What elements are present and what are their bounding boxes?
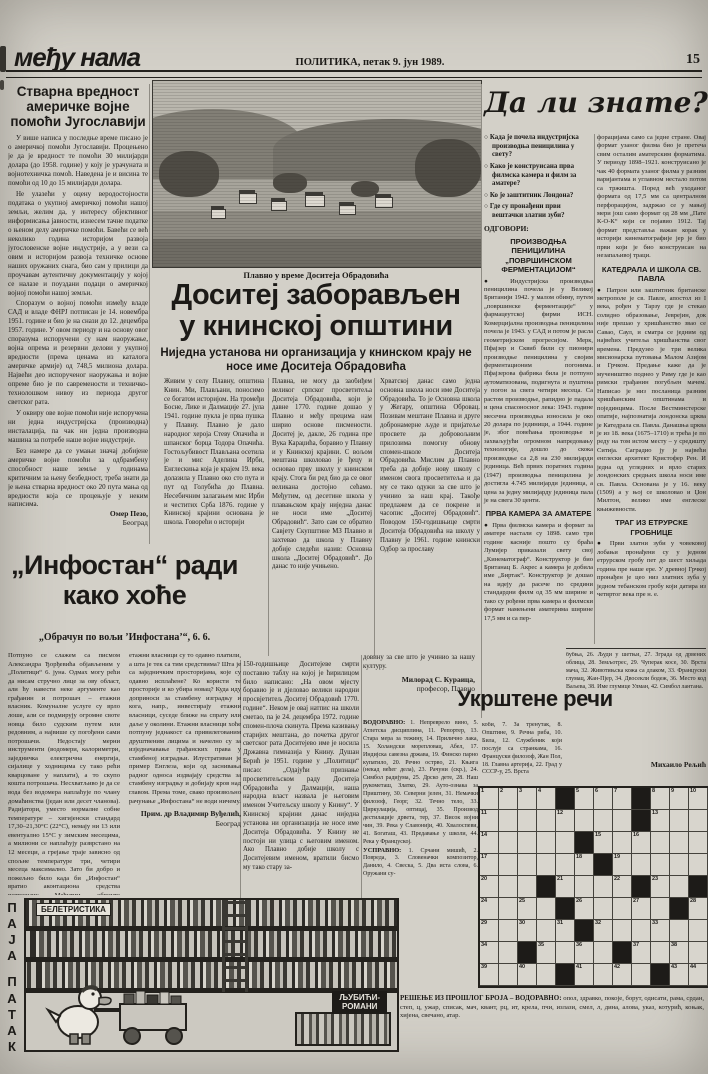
crossword-cell[interactable]: 15 <box>594 832 613 854</box>
crossword-cell-number: 6 <box>595 788 598 794</box>
crossword-cell[interactable]: 9 <box>670 788 689 810</box>
crossword-cell[interactable]: 8 <box>651 788 670 810</box>
crossword-cell[interactable]: 41 <box>575 964 594 986</box>
crossword-cell-number: 20 <box>481 876 487 882</box>
comic-title-word1: ПАЈА <box>4 900 20 964</box>
main-subtitle: Ниједна установа ни организација у книнс… <box>150 347 482 375</box>
crossword-cell[interactable] <box>499 810 518 832</box>
crossword-cell[interactable]: 7 <box>613 788 632 810</box>
crossword-cell[interactable] <box>689 920 708 942</box>
signature-city: Београд <box>216 819 241 828</box>
crossword-cell[interactable] <box>651 898 670 920</box>
column-rule <box>268 378 269 656</box>
sign-line2: РОМАНИ <box>342 1002 377 1011</box>
crossword-cell[interactable] <box>670 832 689 854</box>
crossword-cell[interactable]: 35 <box>537 942 556 964</box>
romance-novels-sign: ЉУБИЋИ- РОМАНИ <box>332 991 387 1014</box>
crossword-cell-number: 9 <box>671 788 674 794</box>
article-column-4: 150-годишњице Доситејеве смрти поставио … <box>243 661 359 901</box>
crossword-cell[interactable] <box>556 832 575 854</box>
crossword-cell[interactable] <box>613 920 632 942</box>
crossword-cell-number: 8 <box>652 788 655 794</box>
crossword-solution: РЕШЕЊЕ ИЗ ПРОШЛОГ БРОЈА – ВОДОРАВНО: опо… <box>400 994 704 1021</box>
crossword-black-cell <box>651 964 670 986</box>
crossword-black-cell <box>689 876 708 898</box>
scan-smudge <box>0 46 6 72</box>
main-headline: Доситеј заборављен у книнској општини <box>150 280 482 342</box>
crossword-cell-number: 15 <box>595 832 601 838</box>
crossword-black-cell <box>518 942 537 964</box>
paragraph: У више написа у последње време писано је… <box>8 134 148 188</box>
crossword-cell[interactable] <box>689 832 708 854</box>
crossword-cell-number: 10 <box>690 788 696 794</box>
crossword-cell[interactable] <box>594 810 613 832</box>
crossword-cell-number: 44 <box>690 964 696 970</box>
crossword-cell-number: 4 <box>538 788 541 794</box>
across-label: ВОДОРАВНО: <box>363 719 405 726</box>
paragraph: У оквиру ове војне помоћи није испоручен… <box>8 409 148 445</box>
crossword-cell-number: 27 <box>633 898 639 904</box>
crossword-cell[interactable] <box>689 854 708 876</box>
solution-label: РЕШЕЊЕ ИЗ ПРОШЛОГ БРОЈА – ВОДОРАВНО: <box>400 994 562 1002</box>
engraving-trees <box>351 181 379 197</box>
paragraph: Не улазећи у оцену веродостојности подат… <box>8 190 148 297</box>
column-rule <box>481 84 482 718</box>
crossword-cell[interactable] <box>670 876 689 898</box>
crossword-cell-number: 39 <box>481 964 487 970</box>
plavno-engraving-image <box>152 80 482 268</box>
crossword-cell[interactable] <box>651 942 670 964</box>
infostan-subtitle: „Обрачун по вољи ’Инфостана’“, 6. 6. <box>8 632 241 643</box>
engraving-trees <box>159 151 219 197</box>
signature-name: Омер Пезо, <box>110 509 148 518</box>
crossword-cell[interactable]: 32 <box>594 920 613 942</box>
crossword-cell-number: 24 <box>481 898 487 904</box>
engraving-hill <box>273 119 482 181</box>
crossword-cell[interactable]: 1 <box>480 788 499 810</box>
crossword-cell-number: 17 <box>481 854 487 860</box>
crossword-cell-number: 13 <box>652 810 658 816</box>
crossword-black-cell <box>575 920 594 942</box>
crossword-cell-number: 23 <box>652 876 658 882</box>
crossword-cell-number: 3 <box>519 788 522 794</box>
crossword-cell-number: 36 <box>576 942 582 948</box>
crossword-cell-number: 22 <box>614 876 620 882</box>
crossword-cell-number: 7 <box>614 788 617 794</box>
crossword-cell[interactable]: 31 <box>556 920 575 942</box>
paragraph: Споразум о војној помоћи између владе СА… <box>8 299 148 406</box>
crossword-cell-number: 29 <box>481 920 487 926</box>
crossword-cell-number: 34 <box>481 942 487 948</box>
crossword-black-cell <box>632 788 651 810</box>
column-rule <box>594 134 595 644</box>
crossword-cell-number: 5 <box>576 788 579 794</box>
question-item: Када је почела индустријска производња п… <box>484 134 593 160</box>
crossword-black-cell <box>556 964 575 986</box>
etruscan-body: ● Први златни зуби у човековој лобањи пр… <box>597 540 706 599</box>
crossword-grid[interactable]: 1234567891011121314151617181920212223242… <box>478 786 708 988</box>
crossword-cell[interactable] <box>518 876 537 898</box>
crossword-cell[interactable]: 43 <box>670 964 689 986</box>
signature-city: Београд <box>123 518 148 527</box>
crossword-cell[interactable]: 25 <box>518 898 537 920</box>
cathedral-body: ● Патрон или заштитник британске метропо… <box>597 287 706 515</box>
question-item: Како је конструисана прва филмска камера… <box>484 163 593 189</box>
crossword-cell-number: 43 <box>671 964 677 970</box>
column-rule <box>374 378 375 656</box>
crossword-cell[interactable]: 5 <box>575 788 594 810</box>
crossword-black-cell <box>632 876 651 898</box>
section-rule <box>566 648 706 649</box>
penicillin-body: ● Индустријска производња пеницилина поч… <box>484 278 593 506</box>
infostan-headline: „Инфостан“ ради како хоће <box>8 550 241 610</box>
crossword-cell[interactable] <box>537 920 556 942</box>
crossword-cell[interactable] <box>537 854 556 876</box>
crossword-cell[interactable]: 26 <box>575 898 594 920</box>
crossword-black-cell <box>537 876 556 898</box>
crossword-cell-number: 12 <box>557 810 563 816</box>
section-title: међу нама <box>14 42 140 73</box>
crossword-cell-number: 35 <box>538 942 544 948</box>
crossword-cell[interactable] <box>518 854 537 876</box>
crossword-cell[interactable] <box>537 832 556 854</box>
newspaper-page: међу нама ПОЛИТИКА, петак 9. јун 1989. 1… <box>0 0 708 1074</box>
crossword-cell[interactable]: 21 <box>556 876 575 898</box>
comic-vertical-title: ПАЈА ПАТАК <box>4 900 20 1055</box>
crossword-cell[interactable] <box>651 854 670 876</box>
crossword-cell[interactable]: 22 <box>613 876 632 898</box>
crossword-cell-number: 38 <box>671 942 677 948</box>
crossword-black-cell <box>575 832 594 854</box>
crossword-cell[interactable]: 24 <box>480 898 499 920</box>
article-us-aid: Стварна вредност америчке војне помоћи Ј… <box>8 84 148 527</box>
crossword-cell-number: 1 <box>481 788 484 794</box>
crossword-cell-number: 16 <box>633 832 639 838</box>
donald-duck-figure <box>32 976 202 1048</box>
crossword-black-cell <box>670 898 689 920</box>
crossword-cell[interactable]: 36 <box>575 942 594 964</box>
paragraph: Без намере да се умањи значај добијене а… <box>8 447 148 507</box>
crossword-cell[interactable] <box>632 854 651 876</box>
crossword-cell[interactable] <box>670 854 689 876</box>
masthead-rule <box>6 70 702 78</box>
belletristic-sign: БЕЛЕТРИСТИКА <box>36 903 111 916</box>
crossword-cell[interactable] <box>613 898 632 920</box>
question-item: Ко је заштитник Лондона? <box>484 192 593 201</box>
crossword-cell-number: 19 <box>614 854 620 860</box>
signature-name: Милорад С. Кураица, <box>402 675 475 684</box>
engraving-hill <box>152 109 303 179</box>
crossword-cell[interactable] <box>556 854 575 876</box>
ladder <box>222 900 248 992</box>
crossword-cell-number: 30 <box>519 920 525 926</box>
crossword-cell[interactable]: 14 <box>480 832 499 854</box>
scan-smudge <box>0 80 4 90</box>
article-column-1: Живим у селу Плавну, општина Книн. Ми, П… <box>164 378 264 656</box>
crossword-cell-number: 40 <box>519 964 525 970</box>
engraving-trees <box>415 139 481 197</box>
crossword-cell[interactable] <box>594 964 613 986</box>
crossword-black-cell <box>632 810 651 832</box>
crossword-cell-number: 18 <box>576 854 582 860</box>
headline-line2: у книнској општини <box>179 310 452 342</box>
crossword-cell[interactable]: 11 <box>480 810 499 832</box>
crossword-cell[interactable] <box>537 898 556 920</box>
crossword-cell[interactable]: 6 <box>594 788 613 810</box>
crossword-cell[interactable]: 37 <box>632 942 651 964</box>
crossword-cell[interactable] <box>689 942 708 964</box>
comic-title-word2: ПАТАК <box>4 974 20 1055</box>
crossword-author: Михаило Рељић <box>566 760 706 769</box>
crossword-cell-number: 11 <box>481 810 487 816</box>
crossword-cell[interactable]: 16 <box>632 832 651 854</box>
crossword-cell[interactable] <box>537 964 556 986</box>
engraving-house <box>305 195 325 207</box>
column-rule <box>361 655 362 903</box>
engraving-house <box>239 193 257 204</box>
crossword-cell[interactable]: 29 <box>480 920 499 942</box>
crossword-cell-number: 2 <box>500 788 503 794</box>
article-column-5-text: довину за све што је учинио за нашу култ… <box>363 654 475 672</box>
crossword-cell[interactable] <box>499 920 518 942</box>
crossword-cell[interactable]: 44 <box>689 964 708 986</box>
crossword-cell[interactable] <box>499 876 518 898</box>
article-column-2: Плавна, не могу да заобиђем великог српс… <box>272 378 372 656</box>
crossword-cell-number: 21 <box>557 876 563 882</box>
engraving-house <box>375 197 393 208</box>
engraving-foreground <box>153 239 481 267</box>
crossword-clues-across: ВОДОРАВНО: 1. Непреврело вино, 5. Атлетс… <box>363 719 478 903</box>
crossword-cell[interactable] <box>575 876 594 898</box>
crossword-cell[interactable]: 40 <box>518 964 537 986</box>
infostan-column-2-text: етажни власници су то одавно платили, а … <box>129 652 241 805</box>
cathedral-heading: КАТЕДРАЛА И ШКОЛА СВ. ПАВЛА <box>597 265 706 284</box>
crossword-cell[interactable]: 38 <box>670 942 689 964</box>
crossword-cell-number: 26 <box>576 898 582 904</box>
engraving-trees <box>273 173 307 193</box>
crossword-cell[interactable] <box>689 810 708 832</box>
article-us-aid-body: У више написа у последње време писано је… <box>8 134 148 506</box>
crossword-clues-down-end: бубња, 26. Људи у шетњи, 27. Зграда од д… <box>566 652 706 757</box>
article-column-3: Хрватској данас само једна основна школа… <box>380 378 480 656</box>
crossword-cell[interactable] <box>499 898 518 920</box>
issue-line: ПОЛИТИКА, петак 9. јун 1989. <box>250 57 490 68</box>
signature-name: Прим. др Владимир Вуђелић, <box>141 809 241 818</box>
page-number: 15 <box>686 52 700 68</box>
crossword-cell[interactable] <box>499 964 518 986</box>
engraving-house <box>271 201 287 211</box>
camera-heading: ПРВА КАМЕРА ЗА АМАТЕРЕ <box>484 509 593 518</box>
bookshelf-row <box>26 931 397 957</box>
article-us-aid-title: Стварна вредност америчке војне помоћи Ј… <box>8 84 148 129</box>
crossword-cell-number: 25 <box>519 898 525 904</box>
crossword-cell[interactable]: 28 <box>689 898 708 920</box>
etruscan-heading: ТРАГ ИЗ ЕТРУРСКЕ ГРОБНИЦЕ <box>597 518 706 537</box>
penicillin-heading: ПРОИЗВОДЊА ПЕНИЦИЛИНА „ПОВРШИНСКОМ ФЕРМЕ… <box>484 237 593 275</box>
crossword-cell-number: 28 <box>690 898 696 904</box>
crossword-cell-number: 32 <box>595 920 601 926</box>
crossword-cell[interactable]: 18 <box>575 854 594 876</box>
crossword-clues-down-continued: коби, 7. За тренутак, 8. Општине, 9. Реч… <box>482 722 562 784</box>
low-bookcase <box>295 1012 391 1046</box>
headline-line2: како хоће <box>63 580 187 610</box>
infostan-columns: Потпуно се слажем са писмом Александра Ђ… <box>8 652 241 895</box>
crossword-cell[interactable]: 17 <box>480 854 499 876</box>
crossword-cell[interactable] <box>670 810 689 832</box>
infostan-signature: Прим. др Владимир Вуђелић, Београд <box>129 809 241 829</box>
crossword-cell[interactable]: 13 <box>651 810 670 832</box>
question-item: Где су пронађени први вештачки златни зу… <box>484 203 593 220</box>
crossword-cell[interactable] <box>499 942 518 964</box>
crossword-cell[interactable]: 20 <box>480 876 499 898</box>
crossword-cell[interactable] <box>499 832 518 854</box>
camera-body-continued: форацијама само са једне стране. Овај фо… <box>597 134 706 261</box>
crossword-cell[interactable]: 23 <box>651 876 670 898</box>
crossword-cell-number: 42 <box>614 964 620 970</box>
crossword-cell[interactable] <box>632 964 651 986</box>
crossword-cell[interactable]: 3 <box>518 788 537 810</box>
camera-body: ● Прва филмска камера и формат за аматер… <box>484 522 593 623</box>
crossword-cell[interactable]: 10 <box>689 788 708 810</box>
crossword-cell[interactable]: 4 <box>537 788 556 810</box>
down-label: УСПРАВНО: <box>363 847 401 854</box>
crossword-black-cell <box>556 898 575 920</box>
comic-panel: БЕЛЕТРИСТИКА ЉУБИЋИ- РОМАНИ <box>24 898 399 1052</box>
crossword-cell[interactable] <box>651 832 670 854</box>
did-you-know-column-1: Када је почела индустријска производња п… <box>484 134 593 718</box>
crossword-cell[interactable]: 27 <box>632 898 651 920</box>
across-clues: 1. Непреврело вино, 5. Атлетска дисципли… <box>363 720 478 845</box>
crossword-cell[interactable] <box>518 810 537 832</box>
article-us-aid-signature: Омер Пезо, Београд <box>8 509 148 527</box>
crossword-cell[interactable]: 33 <box>651 920 670 942</box>
crossword-cell[interactable]: 42 <box>613 964 632 986</box>
crossword-cell-number: 33 <box>652 920 658 926</box>
did-you-know-title: Да ли знате? <box>484 86 708 119</box>
answers-label: ОДГОВОРИ: <box>484 224 593 233</box>
crossword-cell[interactable]: 30 <box>518 920 537 942</box>
crossword-cell[interactable] <box>670 920 689 942</box>
crossword-cell[interactable] <box>499 854 518 876</box>
crossword-cell[interactable] <box>632 920 651 942</box>
crossword-cell[interactable]: 34 <box>480 942 499 964</box>
crossword-cell[interactable] <box>575 810 594 832</box>
infostan-column-1: Потпуно се слажем са писмом Александра Ђ… <box>8 652 120 895</box>
crossword-cell-number: 41 <box>576 964 582 970</box>
sign-line1: ЉУБИЋИ- <box>339 993 380 1002</box>
crossword-cell[interactable] <box>613 832 632 854</box>
did-you-know-column-2: форацијама само са једне стране. Овај фо… <box>597 134 706 646</box>
crossword-cell-number: 31 <box>557 920 563 926</box>
headline-line1: Доситеј заборављен <box>172 279 461 311</box>
crossword-cell-number: 14 <box>481 832 487 838</box>
crossword-cell[interactable]: 12 <box>556 810 575 832</box>
headline-line1: „Инфостан“ ради <box>11 550 238 580</box>
crossword-cell[interactable]: 19 <box>613 854 632 876</box>
crossword-black-cell <box>594 854 613 876</box>
crossword-cell-number: 37 <box>633 942 639 948</box>
crossword-cell[interactable] <box>594 942 613 964</box>
questions-list: Када је почела индустријска производња п… <box>484 134 593 221</box>
engraving-house <box>339 205 356 215</box>
engraving-house <box>211 209 226 219</box>
crossword-cell[interactable] <box>594 876 613 898</box>
crossword-cell[interactable]: 2 <box>499 788 518 810</box>
infostan-column-2: етажни власници су то одавно платили, а … <box>129 652 241 895</box>
crossword-cell[interactable] <box>518 832 537 854</box>
crossword-cell[interactable] <box>594 898 613 920</box>
crossword-black-cell <box>556 788 575 810</box>
crossword-cell[interactable]: 39 <box>480 964 499 986</box>
crossword-black-cell <box>613 942 632 964</box>
crossword-cell[interactable] <box>537 810 556 832</box>
crossword-cell[interactable] <box>556 942 575 964</box>
main-article-columns: Живим у селу Плавну, општина Книн. Ми, П… <box>164 378 480 656</box>
crossword-cell[interactable] <box>613 810 632 832</box>
